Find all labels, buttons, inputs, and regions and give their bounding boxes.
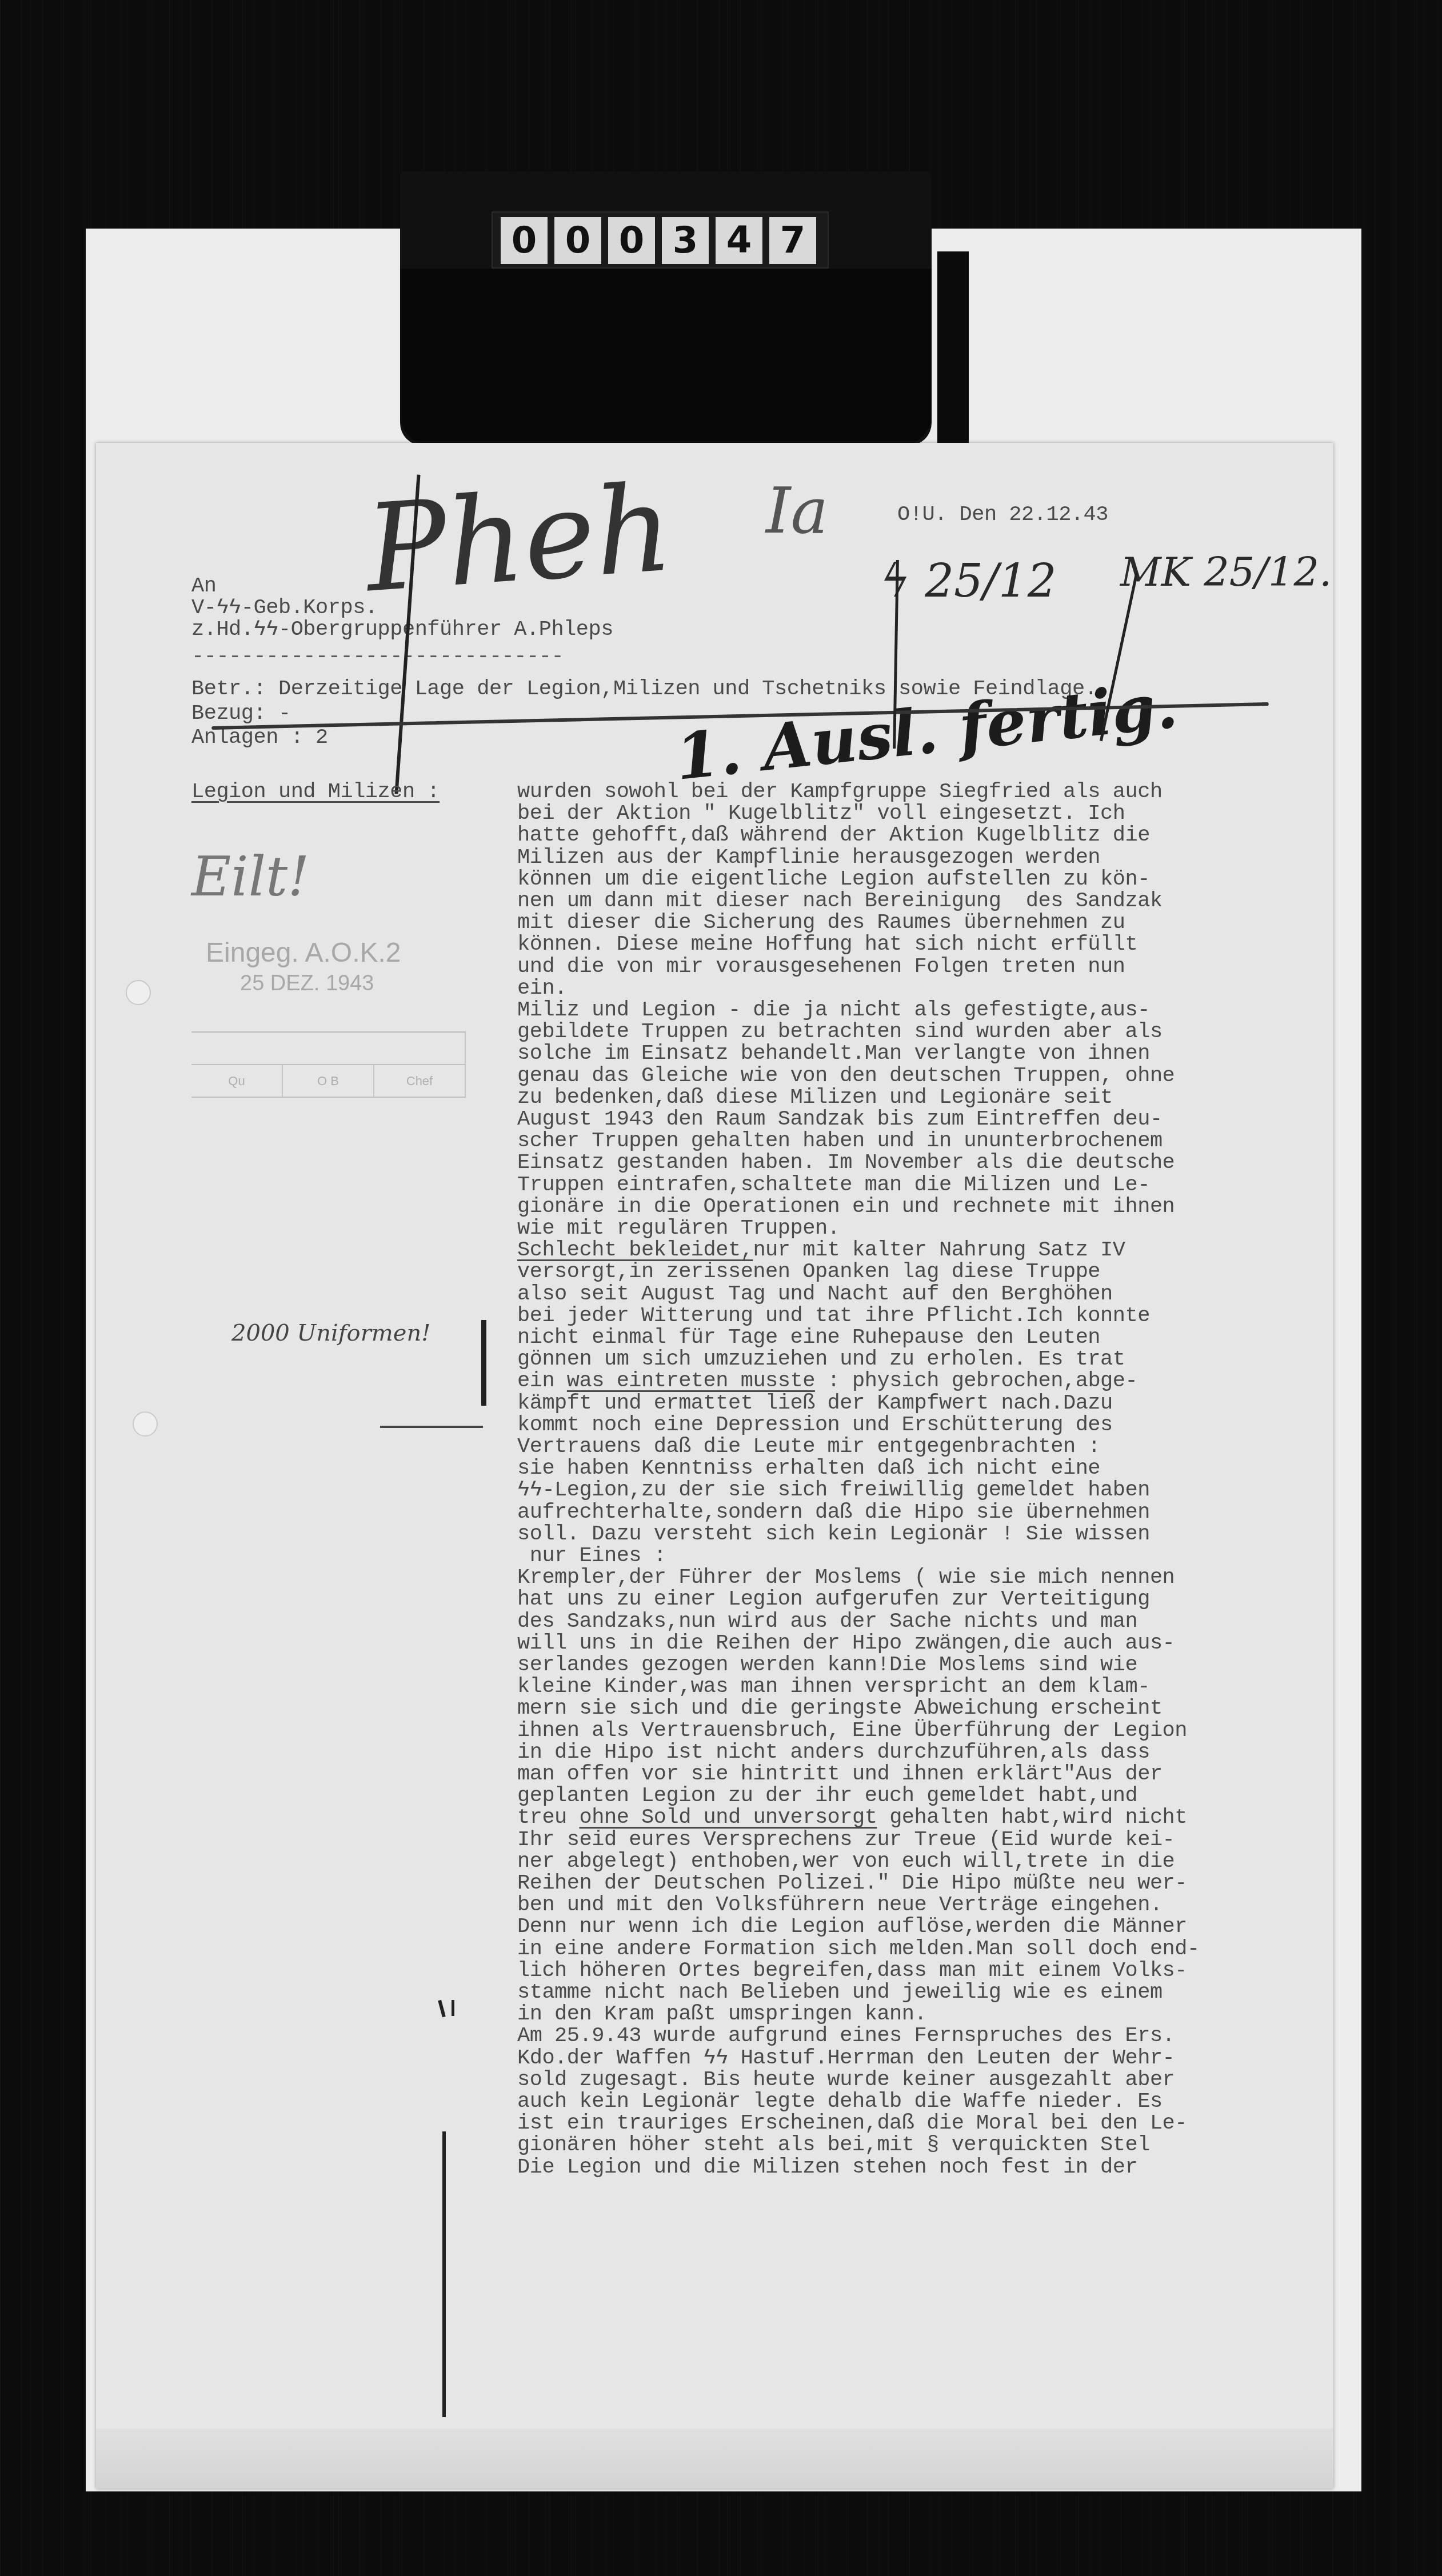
counter-digit: 3 [662,217,709,264]
body-line: treu ohne Sold und unversorgt gehalten h… [517,1806,1187,1830]
body-line: kleine Kinder,was man ihnen verspricht a… [517,1675,1150,1699]
body-line: sold zugesagt. Bis heute wurde keiner au… [517,2068,1175,2093]
stamp-cell: O B [283,1065,374,1097]
body-line: ner abgelegt) enthoben,wer von euch will… [517,1850,1175,1874]
body-line: Kdo.der Waffen ϟϟ Hastuf.Herrman den Leu… [517,2046,1175,2071]
body-line: Am 25.9.43 wurde aufgrund eines Fernspru… [517,2024,1175,2049]
counter-digit: 0 [501,217,548,264]
body-line: soll. Dazu versteht sich kein Legionär !… [517,1522,1150,1547]
body-line: scher Truppen gehalten haben und in unun… [517,1129,1163,1154]
body-line: solche im Einsatz behandelt.Man verlangt… [517,1042,1150,1066]
body-line: Denn nur wenn ich die Legion auflöse,wer… [517,1915,1187,1939]
handwritten-initial: Ia [766,474,828,547]
body-line: ein. [517,977,567,1001]
stamp-cell [191,1033,466,1064]
section-label: Legion und Milizen : [191,780,440,805]
body-line: können um die eigentliche Legion aufstel… [517,867,1150,892]
body-line: ϟϟ-Legion,zu der sie sich freiwillig gem… [517,1478,1150,1503]
body-line: Truppen eintrafen,schaltete man die Mili… [517,1173,1150,1198]
body-line: kommt noch eine Depression und Erschütte… [517,1413,1113,1438]
counter-digit: 0 [608,217,655,264]
counter-side-bar [937,251,969,446]
place-date: O!U. Den 22.12.43 [897,503,1108,527]
recipient-line: V-ϟϟ-Geb.Korps. [191,596,378,621]
body-line: und die von mir vorausgesehenen Folgen t… [517,955,1125,979]
punch-hole [126,980,151,1005]
body-line: serlandes gezogen werden kann!Die Moslem… [517,1653,1137,1678]
body-line: nur Eines : [517,1544,666,1569]
body-line: hatte gehofft,daß während der Aktion Kug… [517,823,1150,848]
body-line: in eine andere Formation sich melden.Man… [517,1937,1200,1962]
handwritten-margin-note: 2000 Uniformen! [231,1320,430,1346]
stamp-cell: Qu [191,1065,283,1097]
frame-counter: 0 0 0 3 4 7 [492,211,829,269]
body-line: gebildete Truppen zu betrachten sind wur… [517,1020,1163,1045]
handwritten-date-mark: ϟ 25/12 [880,554,1057,607]
body-line: Miliz und Legion - die ja nicht als gefe… [517,998,1150,1023]
body-line: kämpft und ermattet ließ der Kampfwert n… [517,1391,1113,1416]
body-line: zu bedenken,daß diese Milizen und Legion… [517,1086,1113,1110]
body-line: Die Legion und die Milizen stehen noch f… [517,2155,1137,2180]
underlined-phrase: ohne Sold und unversorgt [580,1806,877,1830]
body-line: mern sie sich und die geringste Abweichu… [517,1697,1163,1721]
body-line: gionäre in die Operationen ein und rechn… [517,1195,1175,1219]
body-line: gionären höher steht als bei,mit § verqu… [517,2133,1150,2158]
body-line: ihnen als Vertrauensbruch, Eine Überführ… [517,1719,1187,1743]
counter-body [400,269,932,446]
punch-hole [133,1411,158,1437]
margin-dash-mark [380,1426,483,1428]
margin-bar-mark [442,2131,446,2417]
body-line: Einsatz gestanden haben. Im November als… [517,1151,1175,1175]
underlined-phrase: was eintreten musste [567,1369,815,1393]
body-line: man offen vor sie hintritt und ihnen erk… [517,1762,1163,1787]
body-line: Ihr seid eures Versprechens zur Treue (E… [517,1828,1175,1853]
body-line: Reihen der Deutschen Polizei." Die Hipo … [517,1871,1187,1896]
handwritten-urgent: Eilt! [191,846,309,909]
receipt-stamp-date: 25 DEZ. 1943 [240,971,374,996]
body-line: wurden sowohl bei der Kampfgruppe Siegfr… [517,780,1163,805]
margin-bar-mark [481,1320,486,1406]
body-line: ben und mit den Volksführern neue Verträ… [517,1893,1163,1918]
body-line: stamme nicht nach Belieben und jeweilig … [517,1981,1163,2005]
body-line: können. Diese meine Hoffung hat sich nic… [517,933,1137,957]
margin-double-mark [452,2000,454,2016]
receipt-stamp-grid: Qu O B Chef [191,1031,466,1098]
body-line: wie mit regulären Truppen. [517,1217,840,1241]
receipt-stamp-office: Eingeg. A.O.K.2 [206,937,401,969]
body-line: Schlecht bekleidet,nur mit kalter Nahrun… [517,1238,1125,1263]
body-line: ist ein trauriges Erscheinen,daß die Mor… [517,2111,1187,2136]
body-line: Vertrauens daß die Leute mir entgegenbra… [517,1435,1100,1459]
recipient-line: An [191,574,216,599]
body-line: geplanten Legion zu der ihr euch gemelde… [517,1784,1137,1809]
counter-digit: 4 [716,217,762,264]
body-line: will uns in die Reihen der Hipo zwängen,… [517,1631,1175,1656]
counter-digit: 0 [554,217,601,264]
body-line: hat uns zu einer Legion aufgerufen zur V… [517,1587,1150,1612]
body-line: also seit August Tag und Nacht auf den B… [517,1282,1113,1307]
body-line: in die Hipo ist nicht anders durchzuführ… [517,1741,1150,1765]
body-line: in den Kram paßt umspringen kann. [517,2002,926,2027]
body-line: nen um dann mit dieser nach Bereinigung … [517,889,1163,914]
body-line: genau das Gleiche wie von den deutschen … [517,1064,1175,1089]
body-line: des Sandzaks,nun wird aus der Sache nich… [517,1610,1137,1634]
body-line: versorgt,in zerissenen Opanken lag diese… [517,1260,1100,1285]
recipient-line: z.Hd.ϟϟ-Obergruppenführer A.Phleps [191,618,613,642]
body-line: ein was eintreten musste : physich gebro… [517,1369,1137,1394]
body-line: gönnen um sich umzuziehen und zu erholen… [517,1347,1125,1372]
reference-line: Bezug: - [191,702,291,726]
body-line: lich höheren Ortes begreifen,dass man mi… [517,1959,1187,1983]
body-line: Milizen aus der Kampflinie herausgezogen… [517,846,1100,870]
body-line: August 1943 den Raum Sandzak bis zum Ein… [517,1107,1163,1132]
handwritten-date-mark: MK 25/12. [1120,549,1332,595]
body-line: bei jeder Witterung und tat ihre Pflicht… [517,1304,1150,1329]
body-line: auch kein Legionär legte dehalb die Waff… [517,2090,1163,2114]
body-line: Krempler,der Führer der Moslems ( wie si… [517,1566,1175,1590]
counter-digit: 7 [769,217,816,264]
stamp-grid-row: Qu O B Chef [191,1065,466,1098]
stamp-cell: Chef [374,1065,466,1097]
body-line: bei der Aktion " Kugelblitz" voll einges… [517,802,1125,826]
stamp-grid-row [191,1033,466,1065]
separator-line: ------------------------------ [191,645,564,669]
body-line: sie haben Kenntniss erhalten daß ich nic… [517,1457,1100,1481]
body-line: nicht einmal für Tage eine Ruhepause den… [517,1326,1100,1350]
underlined-phrase: Schlecht bekleidet, [517,1238,753,1262]
body-line: mit dieser die Sicherung des Raumes über… [517,911,1125,935]
page-bottom-edge [96,2429,1333,2489]
body-line: aufrechterhalte,sondern daß die Hipo sie… [517,1501,1150,1525]
